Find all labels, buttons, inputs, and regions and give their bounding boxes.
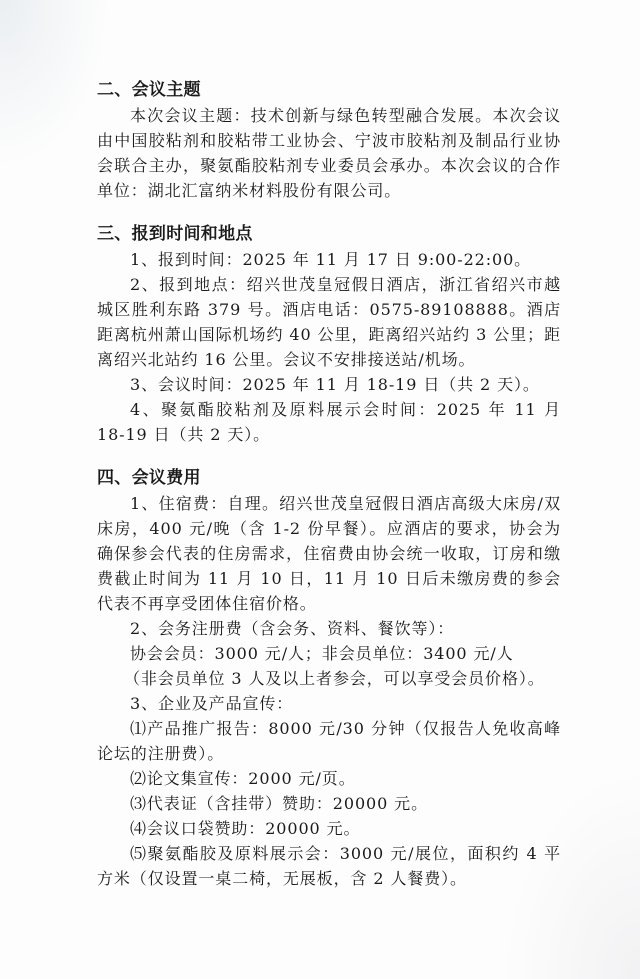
paragraph: 协会会员：3000 元/人；非会员单位：3400 元/人 xyxy=(97,641,561,666)
paragraph: （非会员单位 3 人及以上者参会，可以享受会员价格）。 xyxy=(97,666,561,691)
section-registration-time-place: 三、报到时间和地点 1、报到时间：2025 年 11 月 17 日 9:00-2… xyxy=(97,222,561,447)
paragraph: 4、聚氨酯胶粘剂及原料展示会时间：2025 年 11 月 18-19 日（共 2… xyxy=(97,397,561,447)
paragraph: ⑵论文集宣传：2000 元/页。 xyxy=(97,766,561,791)
paragraph: 1、报到时间：2025 年 11 月 17 日 9:00-22:00。 xyxy=(97,247,561,272)
paragraph: ⑸聚氨酯胶及原料展示会：3000 元/展位，面积约 4 平方米（仅设置一桌二椅，… xyxy=(97,841,561,891)
section-meeting-fees: 四、会议费用 1、住宿费：自理。绍兴世茂皇冠假日酒店高级大床房/双床房，400 … xyxy=(97,466,561,891)
paragraph: 2、报到地点：绍兴世茂皇冠假日酒店，浙江省绍兴市越城区胜利东路 379 号。酒店… xyxy=(97,272,561,372)
paragraph: 1、住宿费：自理。绍兴世茂皇冠假日酒店高级大床房/双床房，400 元/晚（含 1… xyxy=(97,491,561,616)
section-meeting-theme: 二、会议主题 本次会议主题：技术创新与绿色转型融合发展。本次会议由中国胶粘剂和胶… xyxy=(97,78,561,203)
paragraph: 3、会议时间：2025 年 11 月 18-19 日（共 2 天）。 xyxy=(97,372,561,397)
paragraph: 本次会议主题：技术创新与绿色转型融合发展。本次会议由中国胶粘剂和胶粘带工业协会、… xyxy=(97,103,561,203)
scanned-page: 二、会议主题 本次会议主题：技术创新与绿色转型融合发展。本次会议由中国胶粘剂和胶… xyxy=(0,0,640,979)
paragraph: ⑶代表证（含挂带）赞助：20000 元。 xyxy=(97,791,561,816)
paragraph: 3、企业及产品宣传： xyxy=(97,691,561,716)
paragraph: ⑴产品推广报告：8000 元/30 分钟（仅报告人免收高峰论坛的注册费）。 xyxy=(97,716,561,766)
section-heading: 四、会议费用 xyxy=(97,466,561,491)
section-heading: 二、会议主题 xyxy=(97,78,561,103)
section-heading: 三、报到时间和地点 xyxy=(97,222,561,247)
document-body: 二、会议主题 本次会议主题：技术创新与绿色转型融合发展。本次会议由中国胶粘剂和胶… xyxy=(97,78,561,891)
paragraph: ⑷会议口袋赞助：20000 元。 xyxy=(97,816,561,841)
paragraph: 2、会务注册费（含会务、资料、餐饮等）： xyxy=(97,616,561,641)
